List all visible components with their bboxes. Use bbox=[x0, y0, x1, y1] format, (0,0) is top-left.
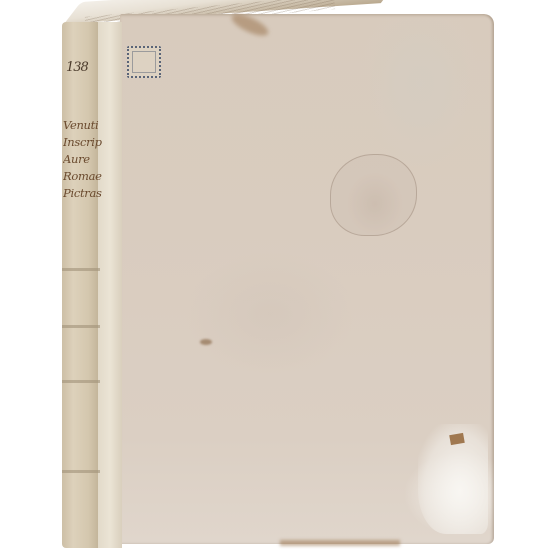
bookplate-label bbox=[127, 46, 161, 78]
shelf-number: 138 bbox=[66, 60, 88, 75]
water-stain-top bbox=[229, 10, 271, 40]
spine-title-line: Inscrip bbox=[63, 134, 103, 151]
book-photo: 138 Venuti Inscrip Aure Romae Pictras bbox=[0, 0, 550, 550]
spine-band bbox=[62, 470, 100, 473]
small-stain bbox=[200, 339, 212, 345]
circular-stain bbox=[330, 154, 417, 236]
spine-band bbox=[62, 268, 100, 271]
spine-title-line: Aure bbox=[63, 151, 103, 168]
front-cover bbox=[120, 14, 494, 544]
spine-title-line: Romae bbox=[63, 168, 103, 185]
spine-title-line: Pictras bbox=[63, 185, 103, 202]
spine-title: Venuti Inscrip Aure Romae Pictras bbox=[63, 117, 103, 202]
bottom-edge-wear bbox=[280, 540, 400, 546]
spine-hinge bbox=[98, 22, 122, 548]
bookplate-inner-frame bbox=[132, 51, 156, 73]
spine-title-line: Venuti bbox=[63, 117, 103, 134]
spine-band bbox=[62, 380, 100, 383]
spine-band bbox=[62, 325, 100, 328]
